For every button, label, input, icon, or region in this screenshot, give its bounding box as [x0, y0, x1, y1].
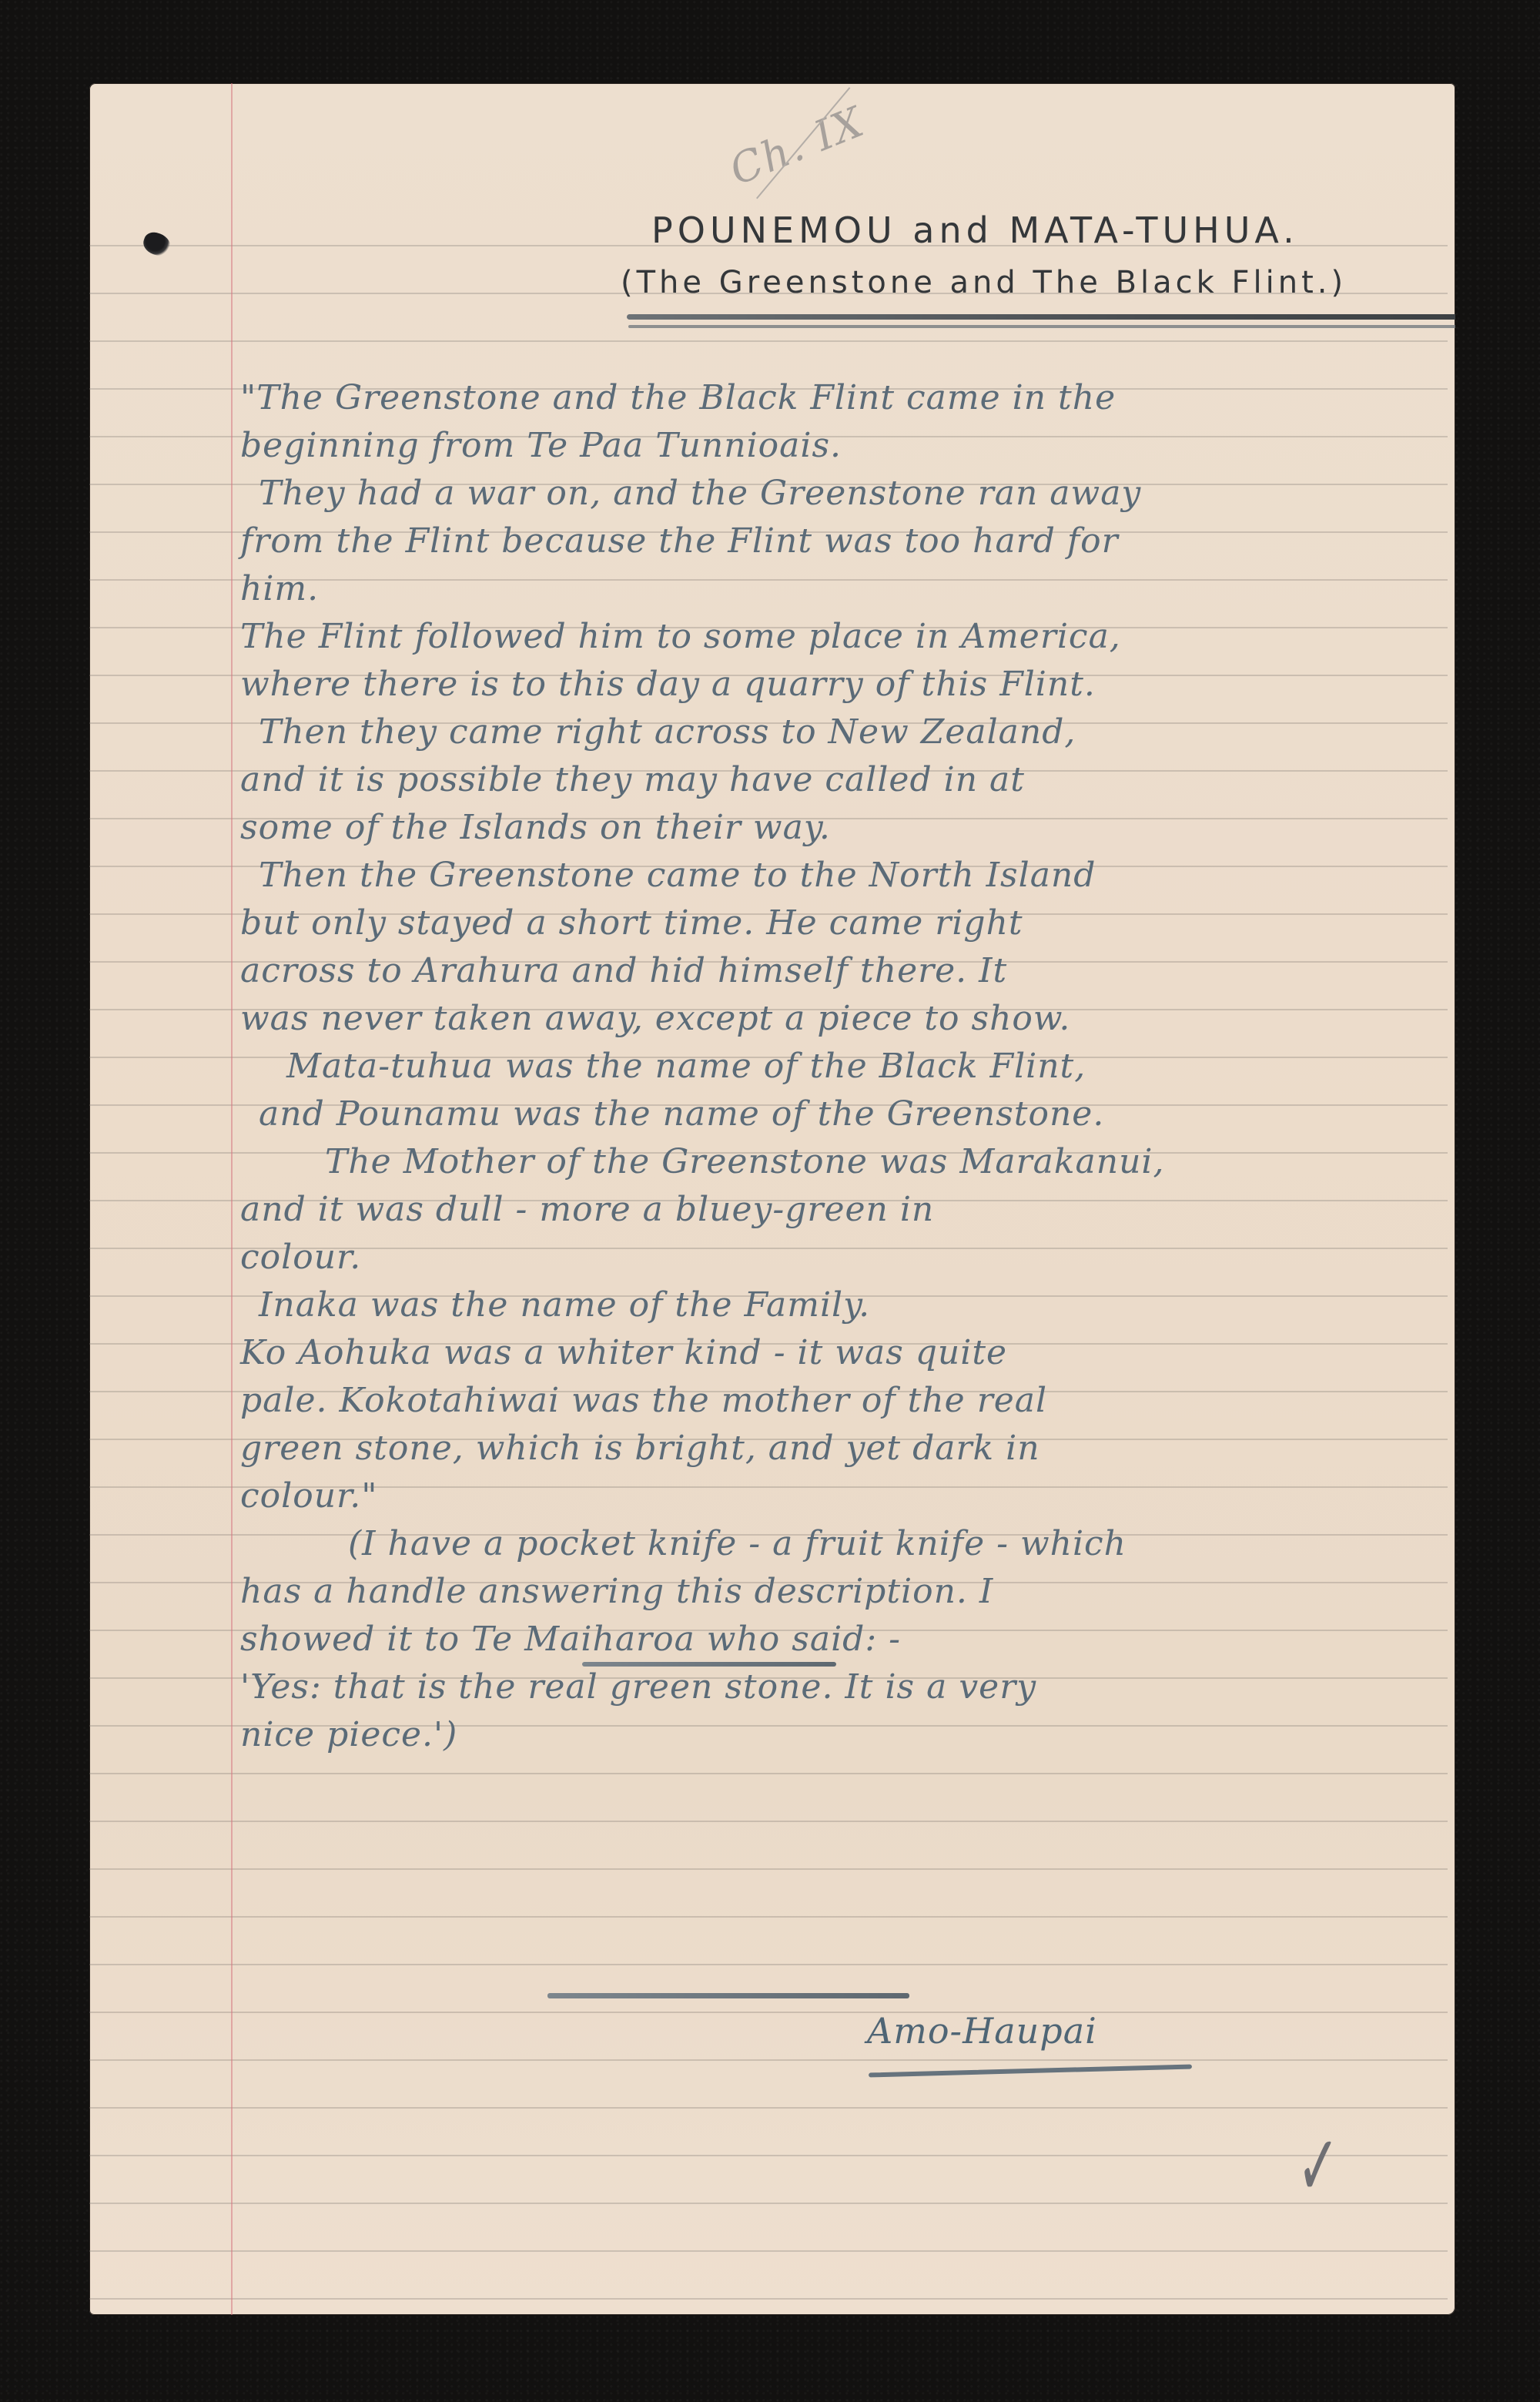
ruled-line: [89, 2012, 1448, 2013]
section-divider: [582, 1662, 836, 1667]
text-line: Ko Aohuka was a whiter kind - it was qui…: [240, 1329, 1441, 1377]
ruled-line: [89, 2059, 1448, 2061]
text-line: was never taken away, except a piece to …: [240, 995, 1441, 1043]
text-line: Mata-tuhua was the name of the Black Fli…: [240, 1043, 1441, 1090]
text-line: "The Greenstone and the Black Flint came…: [240, 374, 1441, 422]
text-line: some of the Islands on their way.: [240, 804, 1441, 852]
text-line: and it is possible they may have called …: [240, 756, 1441, 804]
ruled-line: [89, 1821, 1448, 1822]
ruled-line: [89, 2298, 1448, 2300]
text-line: colour.": [240, 1472, 1441, 1520]
title-underline-second: [628, 325, 1455, 328]
text-line: colour.: [240, 1234, 1441, 1281]
text-line: Then they came right across to New Zeala…: [240, 709, 1441, 756]
text-line: from the Flint because the Flint was too…: [240, 518, 1441, 565]
ruled-line: [89, 340, 1448, 342]
text-line: across to Arahura and hid himself there.…: [240, 947, 1441, 995]
text-line: Inaka was the name of the Family.: [240, 1281, 1441, 1329]
ruled-line: [89, 2107, 1448, 2109]
text-line: and it was dull - more a bluey-green in: [240, 1186, 1441, 1234]
closing-divider: [547, 1993, 909, 1998]
ruled-line: [89, 1868, 1448, 1870]
ruled-line: [89, 2203, 1448, 2204]
ruled-line: [89, 2155, 1448, 2156]
ruled-line: [89, 1916, 1448, 1918]
title-block: POUNEMOU and MATA-TUHUA. (The Greenstone…: [551, 206, 1455, 307]
text-line: (I have a pocket knife - a fruit knife -…: [240, 1520, 1441, 1568]
ruled-line: [89, 1964, 1448, 1965]
manuscript-body: "The Greenstone and the Black Flint came…: [240, 374, 1441, 1759]
text-line: The Flint followed him to some place in …: [240, 613, 1441, 661]
text-line: Then the Greenstone came to the North Is…: [240, 852, 1441, 899]
text-line: They had a war on, and the Greenstone ra…: [240, 470, 1441, 518]
ruled-line: [89, 2250, 1448, 2252]
title-underline: [627, 314, 1455, 320]
text-line: and Pounamu was the name of the Greensto…: [240, 1090, 1441, 1138]
manuscript-page: Ch. IX POUNEMOU and MATA-TUHUA. (The Gre…: [89, 83, 1455, 2315]
text-line: The Mother of the Greenstone was Marakan…: [240, 1138, 1441, 1186]
page-subtitle: (The Greenstone and The Black Flint.): [621, 259, 1455, 307]
text-line: but only stayed a short time. He came ri…: [240, 899, 1441, 947]
page-title: POUNEMOU and MATA-TUHUA.: [651, 206, 1455, 254]
text-line: pale. Kokotahiwai was the mother of the …: [240, 1377, 1441, 1425]
text-line: him.: [240, 565, 1441, 613]
text-line: nice piece.'): [240, 1711, 1441, 1759]
signature: Amo-Haupai: [867, 2010, 1097, 2052]
text-line: where there is to this day a quarry of t…: [240, 661, 1441, 709]
text-line: beginning from Te Paa Tunnioais.: [240, 422, 1441, 470]
text-line: 'Yes: that is the real green stone. It i…: [240, 1663, 1441, 1711]
check-mark-icon: ✓: [1297, 2116, 1339, 2215]
ruled-line: [89, 1773, 1448, 1774]
margin-line: [231, 83, 233, 2315]
text-line: has a handle answering this description.…: [240, 1568, 1441, 1616]
text-line: showed it to Te Maiharoa who said: -: [240, 1616, 1441, 1663]
text-line: green stone, which is bright, and yet da…: [240, 1425, 1441, 1472]
